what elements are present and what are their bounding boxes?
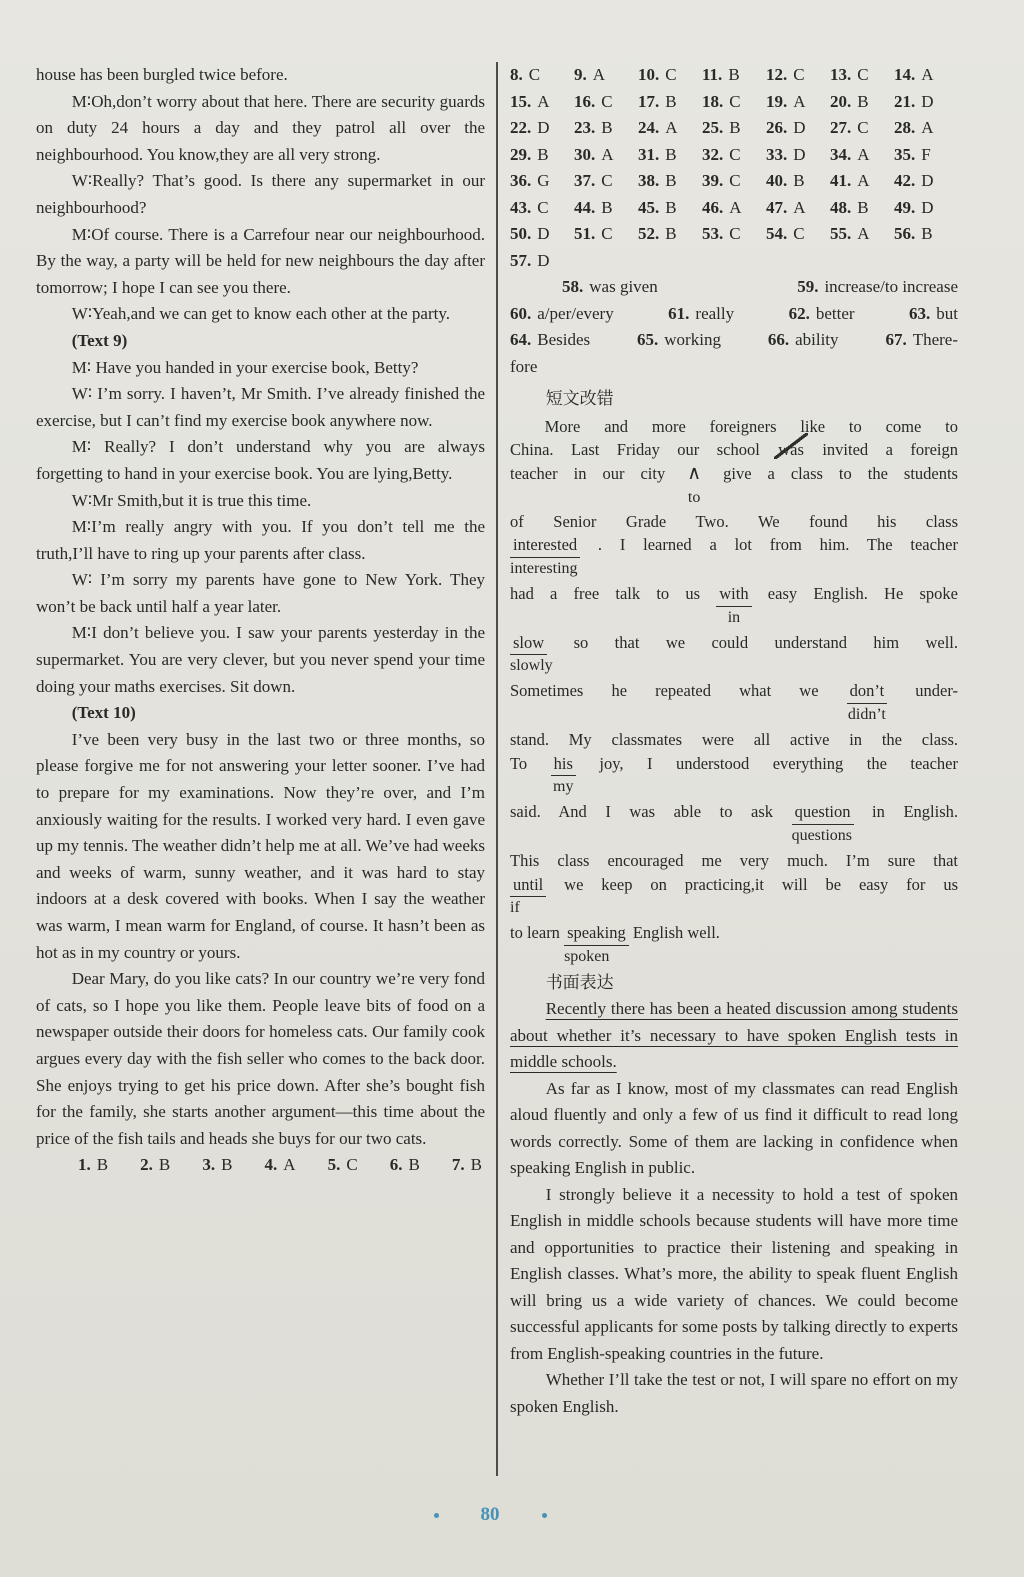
answer-letter: D <box>921 198 933 217</box>
answer-item: 47.A <box>766 195 830 222</box>
answer-number: 49. <box>894 198 915 217</box>
caret-glyph: ∧ <box>687 463 701 484</box>
answer-letter: B <box>601 198 612 217</box>
answer-number: 58. <box>562 277 583 296</box>
answer-letter: D <box>793 145 805 164</box>
underlined-word-mark: hismy <box>551 752 576 777</box>
answer-number: 9. <box>574 65 587 84</box>
underlined-word-mark: untilif <box>510 873 546 898</box>
marked-word: slow <box>513 633 544 652</box>
answer-item: 54.C <box>766 221 830 248</box>
answer-item: 41.A <box>830 168 894 195</box>
correction-word: spoken <box>564 945 609 969</box>
answer-letter: C <box>729 145 740 164</box>
answer-letter: A <box>793 92 805 111</box>
answer-letter: B <box>728 65 739 84</box>
answer-number: 6. <box>390 1155 403 1174</box>
answer-letter: B <box>921 224 932 243</box>
line-text: easy English. He spoke <box>752 584 958 603</box>
answer-letter: D <box>793 118 805 137</box>
answer-item: 18.C <box>702 89 766 116</box>
answer-number: 15. <box>510 92 531 111</box>
answer-item: 14.A <box>894 62 958 89</box>
left-column: house has been burgled twice before. M∶O… <box>36 62 485 1179</box>
answer-text: but <box>936 304 958 323</box>
answer-number: 21. <box>894 92 915 111</box>
dialogue-paragraph: W∶ I’m sorry my parents have gone to New… <box>36 567 485 620</box>
section-heading-written-expression: 书面表达 <box>510 970 958 997</box>
answer-letter: D <box>537 251 549 270</box>
answer-letter: A <box>857 224 869 243</box>
answer-letter: B <box>665 198 676 217</box>
answer-number: 24. <box>638 118 659 137</box>
answer-item: 19.A <box>766 89 830 116</box>
answer-number: 42. <box>894 171 915 190</box>
line-text: invited a foreign <box>805 440 958 459</box>
correction-line: This class encouraged me very much. I’m … <box>510 849 958 873</box>
dialogue-paragraph: M∶Of course. There is a Carrefour near o… <box>36 222 485 302</box>
answer-letter: C <box>346 1155 357 1174</box>
correction-word: slowly <box>510 654 553 678</box>
answer-item: 23.B <box>574 115 638 142</box>
answer-letter: B <box>97 1155 108 1174</box>
answer-number: 12. <box>766 65 787 84</box>
answer-letter: A <box>283 1155 295 1174</box>
line-text: give a class to the students <box>707 464 958 483</box>
correction-line: untilif we keep on practicing,it will be… <box>510 873 958 898</box>
marked-word: until <box>513 875 543 894</box>
correction-word: my <box>553 775 573 799</box>
answer-number: 51. <box>574 224 595 243</box>
dialogue-paragraph: M∶Oh,don’t worry about that here. There … <box>36 89 485 169</box>
fill-answers-row: 60.a/per/every 61.really 62.better 63.bu… <box>510 301 958 328</box>
answer-number: 50. <box>510 224 531 243</box>
answer-number: 35. <box>894 145 915 164</box>
answer-item: 6.B <box>390 1152 420 1179</box>
marked-word: was <box>778 440 804 459</box>
answers-row-1-7: 1.B 2.B 3.B 4.A 5.C 6.B 7.B <box>36 1152 485 1179</box>
answer-number: 47. <box>766 198 787 217</box>
underlined-word-mark: within <box>716 582 751 607</box>
line-text: stand. My classmates were all active in … <box>510 730 958 749</box>
answer-item: 4.A <box>264 1152 295 1179</box>
answer-item: 52.B <box>638 221 702 248</box>
answer-number: 16. <box>574 92 595 111</box>
correction-line: said. And I was able to ask questionques… <box>510 800 958 825</box>
answer-text: a/per/every <box>537 304 613 323</box>
answer-item: 50.D <box>510 221 574 248</box>
answer-number: 41. <box>830 171 851 190</box>
dialogue-paragraph: W∶Mr Smith,but it is true this time. <box>36 488 485 515</box>
answer-letter: A <box>665 118 677 137</box>
answer-item: 24.A <box>638 115 702 142</box>
line-text: we keep on practicing,it will be easy fo… <box>546 875 958 894</box>
answer-letter: C <box>729 92 740 111</box>
page-number-dot-icon <box>542 1513 547 1518</box>
line-text: so that we could understand him well. <box>547 633 958 652</box>
page-number-value: 80 <box>481 1504 500 1526</box>
text10-label: (Text 10) <box>36 700 485 727</box>
answer-item: 16.C <box>574 89 638 116</box>
answer-item: 42.D <box>894 168 958 195</box>
line-text: China. Last Friday our school <box>510 440 777 459</box>
line-text: joy, I understood everything the teacher <box>576 754 958 773</box>
line-text: This class encouraged me very much. I’m … <box>510 851 958 870</box>
answer-letter: A <box>921 118 933 137</box>
answer-item: 57.D <box>510 248 574 275</box>
answer-letter: B <box>793 171 804 190</box>
right-column: 8.C 9.A 10.C 11.B 12.C 13.C 14.A 15.A 16… <box>510 62 958 1420</box>
answer-letter: C <box>665 65 676 84</box>
answer-item: 51.C <box>574 221 638 248</box>
marked-word: interested <box>513 535 577 554</box>
answer-item: 2.B <box>140 1152 170 1179</box>
fill-answer-item: 61.really <box>668 301 734 328</box>
answer-letter: C <box>857 118 868 137</box>
answer-letter: D <box>537 118 549 137</box>
dialogue-paragraph: M∶I’m really angry with you. If you don’… <box>36 514 485 567</box>
answer-letter: F <box>921 145 930 164</box>
answer-number: 43. <box>510 198 531 217</box>
correction-line: stand. My classmates were all active in … <box>510 728 958 752</box>
marked-word: don’t <box>850 681 885 700</box>
answer-item: 26.D <box>766 115 830 142</box>
answer-number: 59. <box>797 277 818 296</box>
correction-word: if <box>510 896 520 920</box>
fill-answer-item: 64.Besides <box>510 327 590 354</box>
answer-number: 18. <box>702 92 723 111</box>
dialogue-paragraph: W∶ I’m sorry. I haven’t, Mr Smith. I’ve … <box>36 381 485 434</box>
answer-number: 38. <box>638 171 659 190</box>
dialogue-paragraph: M∶I don’t believe you. I saw your parent… <box>36 620 485 700</box>
answer-number: 48. <box>830 198 851 217</box>
answer-item: 45.B <box>638 195 702 222</box>
insertion-caret-mark: ∧to <box>681 462 707 486</box>
monologue-paragraph: Dear Mary, do you like cats? In our coun… <box>36 966 485 1152</box>
answer-number: 11. <box>702 65 722 84</box>
answer-letter: C <box>601 92 612 111</box>
answer-item: 53.C <box>702 221 766 248</box>
answer-number: 27. <box>830 118 851 137</box>
line-text: teacher in our city <box>510 464 681 483</box>
fill-answer-item: 67.There- <box>885 327 958 354</box>
answer-item: 8.C <box>510 62 574 89</box>
line-text: to learn <box>510 923 564 942</box>
monologue-paragraph: I’ve been very busy in the last two or t… <box>36 727 485 966</box>
dialogue-paragraph: M∶ Have you handed in your exercise book… <box>36 355 485 382</box>
answer-item: 3.B <box>202 1152 232 1179</box>
answer-item: 39.C <box>702 168 766 195</box>
text9-label: (Text 9) <box>36 328 485 355</box>
answer-item: 32.C <box>702 142 766 169</box>
page-number-dot-icon <box>434 1513 439 1518</box>
answer-number: 28. <box>894 118 915 137</box>
answer-letter: D <box>537 224 549 243</box>
answer-number: 37. <box>574 171 595 190</box>
scanned-workbook-page: house has been burgled twice before. M∶O… <box>0 0 1024 1577</box>
marked-word: speaking <box>567 923 626 942</box>
answer-number: 65. <box>637 330 658 349</box>
answer-item: 29.B <box>510 142 574 169</box>
essay-paragraph: I strongly believe it a necessity to hol… <box>510 1182 958 1368</box>
answer-item: 9.A <box>574 62 638 89</box>
answer-number: 3. <box>202 1155 215 1174</box>
answer-letter: B <box>665 224 676 243</box>
answer-letter: A <box>921 65 933 84</box>
answer-item: 21.D <box>894 89 958 116</box>
answer-item: 17.B <box>638 89 702 116</box>
dialogue-continuation: house has been burgled twice before. <box>36 62 485 89</box>
correction-line: of Senior Grade Two. We found his class <box>510 510 958 534</box>
essay-paragraph: Whether I’ll take the test or not, I wil… <box>510 1367 958 1420</box>
answer-letter: C <box>793 224 804 243</box>
dialogue-paragraph: W∶Really? That’s good. Is there any supe… <box>36 168 485 221</box>
underlined-word-mark: interestedinteresting <box>510 533 580 558</box>
answer-item: 28.A <box>894 115 958 142</box>
essay-paragraph: As far as I know, most of my classmates … <box>510 1076 958 1182</box>
answer-text: really <box>695 304 734 323</box>
underlined-word-mark: questionquestions <box>792 800 854 825</box>
answer-item: 30.A <box>574 142 638 169</box>
underlined-word-mark: slowslowly <box>510 631 547 656</box>
answer-letter: G <box>537 171 549 190</box>
answer-item: 37.C <box>574 168 638 195</box>
fill-answer-item: 63.but <box>909 301 958 328</box>
underlined-word-mark: speakingspoken <box>564 921 629 946</box>
answer-number: 19. <box>766 92 787 111</box>
line-text: of Senior Grade Two. We found his class <box>510 512 958 531</box>
answer-letter: C <box>537 198 548 217</box>
answer-item: 13.C <box>830 62 894 89</box>
answer-number: 25. <box>702 118 723 137</box>
fill-answers-row: 64.Besides 65.working 66.ability 67.Ther… <box>510 327 958 354</box>
correction-word: interesting <box>510 557 578 581</box>
error-correction-passage: More and more foreigners like to come to… <box>510 415 958 947</box>
answer-number: 52. <box>638 224 659 243</box>
answer-letter: C <box>729 224 740 243</box>
answer-number: 14. <box>894 65 915 84</box>
answer-number: 45. <box>638 198 659 217</box>
answer-number: 57. <box>510 251 531 270</box>
correction-line: To hismy joy, I understood everything th… <box>510 752 958 777</box>
answer-item: 48.B <box>830 195 894 222</box>
line-text: Sometimes he repeated what we <box>510 681 847 700</box>
fill-answer-item: 59.increase/to increase <box>797 274 958 301</box>
answer-number: 54. <box>766 224 787 243</box>
answer-letter: A <box>793 198 805 217</box>
answer-item: 22.D <box>510 115 574 142</box>
answer-number: 29. <box>510 145 531 164</box>
answer-item: 25.B <box>702 115 766 142</box>
answer-item: 7.B <box>452 1152 482 1179</box>
answer-letter: B <box>857 198 868 217</box>
answer-text: increase/to increase <box>824 277 958 296</box>
answer-number: 4. <box>264 1155 277 1174</box>
marked-word: his <box>554 754 573 773</box>
line-text: . I learned a lot from him. The teacher <box>580 535 958 554</box>
answer-letter: C <box>793 65 804 84</box>
correction-line: interestedinteresting . I learned a lot … <box>510 533 958 558</box>
deleted-word-mark: was <box>777 438 805 462</box>
answer-item: 46.A <box>702 195 766 222</box>
answer-letter: B <box>601 118 612 137</box>
fill-answers-row: 58.was given 59.increase/to increase <box>510 274 958 301</box>
answer-letter: B <box>729 118 740 137</box>
answer-letter: A <box>593 65 605 84</box>
fill-answer-item: 62.better <box>789 301 855 328</box>
answer-item: 36.G <box>510 168 574 195</box>
answer-item: 56.B <box>894 221 958 248</box>
underlined-word-mark: don’tdidn’t <box>847 679 888 704</box>
answer-item: 11.B <box>702 62 766 89</box>
answer-letter: A <box>601 145 613 164</box>
correction-line: China. Last Friday our school was invite… <box>510 438 958 462</box>
fill-answer-item: 60.a/per/every <box>510 301 614 328</box>
answer-number: 2. <box>140 1155 153 1174</box>
answer-letter: B <box>221 1155 232 1174</box>
answer-item: 12.C <box>766 62 830 89</box>
essay-paragraph-underlined: Recently there has been a heated discuss… <box>510 996 958 1076</box>
answer-item: 35.F <box>894 142 958 169</box>
correction-line: teacher in our city ∧to give a class to … <box>510 462 958 486</box>
line-text: said. And I was able to ask <box>510 802 792 821</box>
answer-number: 8. <box>510 65 523 84</box>
line-text: More and more foreigners like to come to <box>545 417 958 436</box>
answer-number: 55. <box>830 224 851 243</box>
correction-word: didn’t <box>848 703 886 727</box>
correction-line: had a free talk to us within easy Englis… <box>510 582 958 607</box>
answer-number: 60. <box>510 304 531 323</box>
answer-grid-8-57: 8.C 9.A 10.C 11.B 12.C 13.C 14.A 15.A 16… <box>510 62 958 274</box>
dialogue-paragraph: M∶ Really? I don’t understand why you ar… <box>36 434 485 487</box>
answer-letter: A <box>729 198 741 217</box>
answer-number: 53. <box>702 224 723 243</box>
answer-item: 31.B <box>638 142 702 169</box>
answer-letter: B <box>159 1155 170 1174</box>
answer-letter: D <box>921 171 933 190</box>
answer-item: 49.D <box>894 195 958 222</box>
answer-number: 32. <box>702 145 723 164</box>
line-text: English well. <box>629 923 720 942</box>
answer-number: 40. <box>766 171 787 190</box>
answer-item: 20.B <box>830 89 894 116</box>
answer-text: working <box>664 330 721 349</box>
fill-answer-hyphen-tail: fore <box>510 354 958 381</box>
answer-number: 44. <box>574 198 595 217</box>
answer-letter: B <box>471 1155 482 1174</box>
answer-letter: C <box>529 65 540 84</box>
answer-item: 27.C <box>830 115 894 142</box>
correction-word: in <box>728 606 740 630</box>
dialogue-paragraph: W∶Yeah,and we can get to know each other… <box>36 301 485 328</box>
answer-item: 44.B <box>574 195 638 222</box>
fill-answer-item: 65.working <box>637 327 721 354</box>
answer-number: 1. <box>78 1155 91 1174</box>
answer-number: 66. <box>768 330 789 349</box>
answer-item: 10.C <box>638 62 702 89</box>
marked-word: question <box>795 802 851 821</box>
answer-number: 34. <box>830 145 851 164</box>
answer-letter: B <box>408 1155 419 1174</box>
answer-letter: B <box>857 92 868 111</box>
answer-letter: C <box>601 171 612 190</box>
answer-number: 31. <box>638 145 659 164</box>
answer-letter: D <box>921 92 933 111</box>
answer-number: 46. <box>702 198 723 217</box>
line-text: under- <box>887 681 958 700</box>
correction-line: slowslowly so that we could understand h… <box>510 631 958 656</box>
answer-letter: A <box>857 171 869 190</box>
line-text: in English. <box>854 802 959 821</box>
line-text: To <box>510 754 551 773</box>
answer-number: 67. <box>885 330 906 349</box>
answer-letter: B <box>665 92 676 111</box>
answer-number: 26. <box>766 118 787 137</box>
answer-number: 64. <box>510 330 531 349</box>
answer-number: 10. <box>638 65 659 84</box>
answer-letter: B <box>665 171 676 190</box>
line-text: had a free talk to us <box>510 584 716 603</box>
marked-word: with <box>719 584 748 603</box>
correction-line: Sometimes he repeated what we don’tdidn’… <box>510 679 958 704</box>
answer-item: 40.B <box>766 168 830 195</box>
answer-number: 17. <box>638 92 659 111</box>
column-divider <box>496 62 498 1476</box>
fill-answer-item: 66.ability <box>768 327 839 354</box>
answer-letter: B <box>665 145 676 164</box>
model-essay: Recently there has been a heated discuss… <box>510 996 958 1420</box>
answer-text: ability <box>795 330 838 349</box>
answer-text: better <box>816 304 855 323</box>
answer-item: 55.A <box>830 221 894 248</box>
answer-number: 36. <box>510 171 531 190</box>
page-number: 80 <box>0 1504 1002 1526</box>
answer-text: Besides <box>537 330 590 349</box>
answer-number: 56. <box>894 224 915 243</box>
answer-item: 43.C <box>510 195 574 222</box>
answer-letter: C <box>857 65 868 84</box>
answer-number: 62. <box>789 304 810 323</box>
answer-number: 39. <box>702 171 723 190</box>
answer-letter: C <box>729 171 740 190</box>
answer-text: was given <box>589 277 657 296</box>
answer-number: 5. <box>328 1155 341 1174</box>
correction-line: More and more foreigners like to come to <box>510 415 958 439</box>
section-heading-error-correction: 短文改错 <box>510 386 958 413</box>
answer-number: 20. <box>830 92 851 111</box>
answer-item: 15.A <box>510 89 574 116</box>
answer-number: 61. <box>668 304 689 323</box>
answer-number: 23. <box>574 118 595 137</box>
answer-number: 30. <box>574 145 595 164</box>
answer-letter: B <box>537 145 548 164</box>
answer-item: 34.A <box>830 142 894 169</box>
answer-letter: C <box>601 224 612 243</box>
answer-item: 33.D <box>766 142 830 169</box>
answer-item: 5.C <box>328 1152 358 1179</box>
answer-number: 33. <box>766 145 787 164</box>
correction-word: questions <box>792 824 852 848</box>
answer-number: 63. <box>909 304 930 323</box>
answer-item: 38.B <box>638 168 702 195</box>
answer-number: 22. <box>510 118 531 137</box>
answer-number: 7. <box>452 1155 465 1174</box>
answer-text: There- <box>913 330 958 349</box>
answer-letter: A <box>537 92 549 111</box>
correction-word: to <box>688 486 700 510</box>
answer-letter: A <box>857 145 869 164</box>
fill-answer-item: 58.was given <box>562 274 658 301</box>
